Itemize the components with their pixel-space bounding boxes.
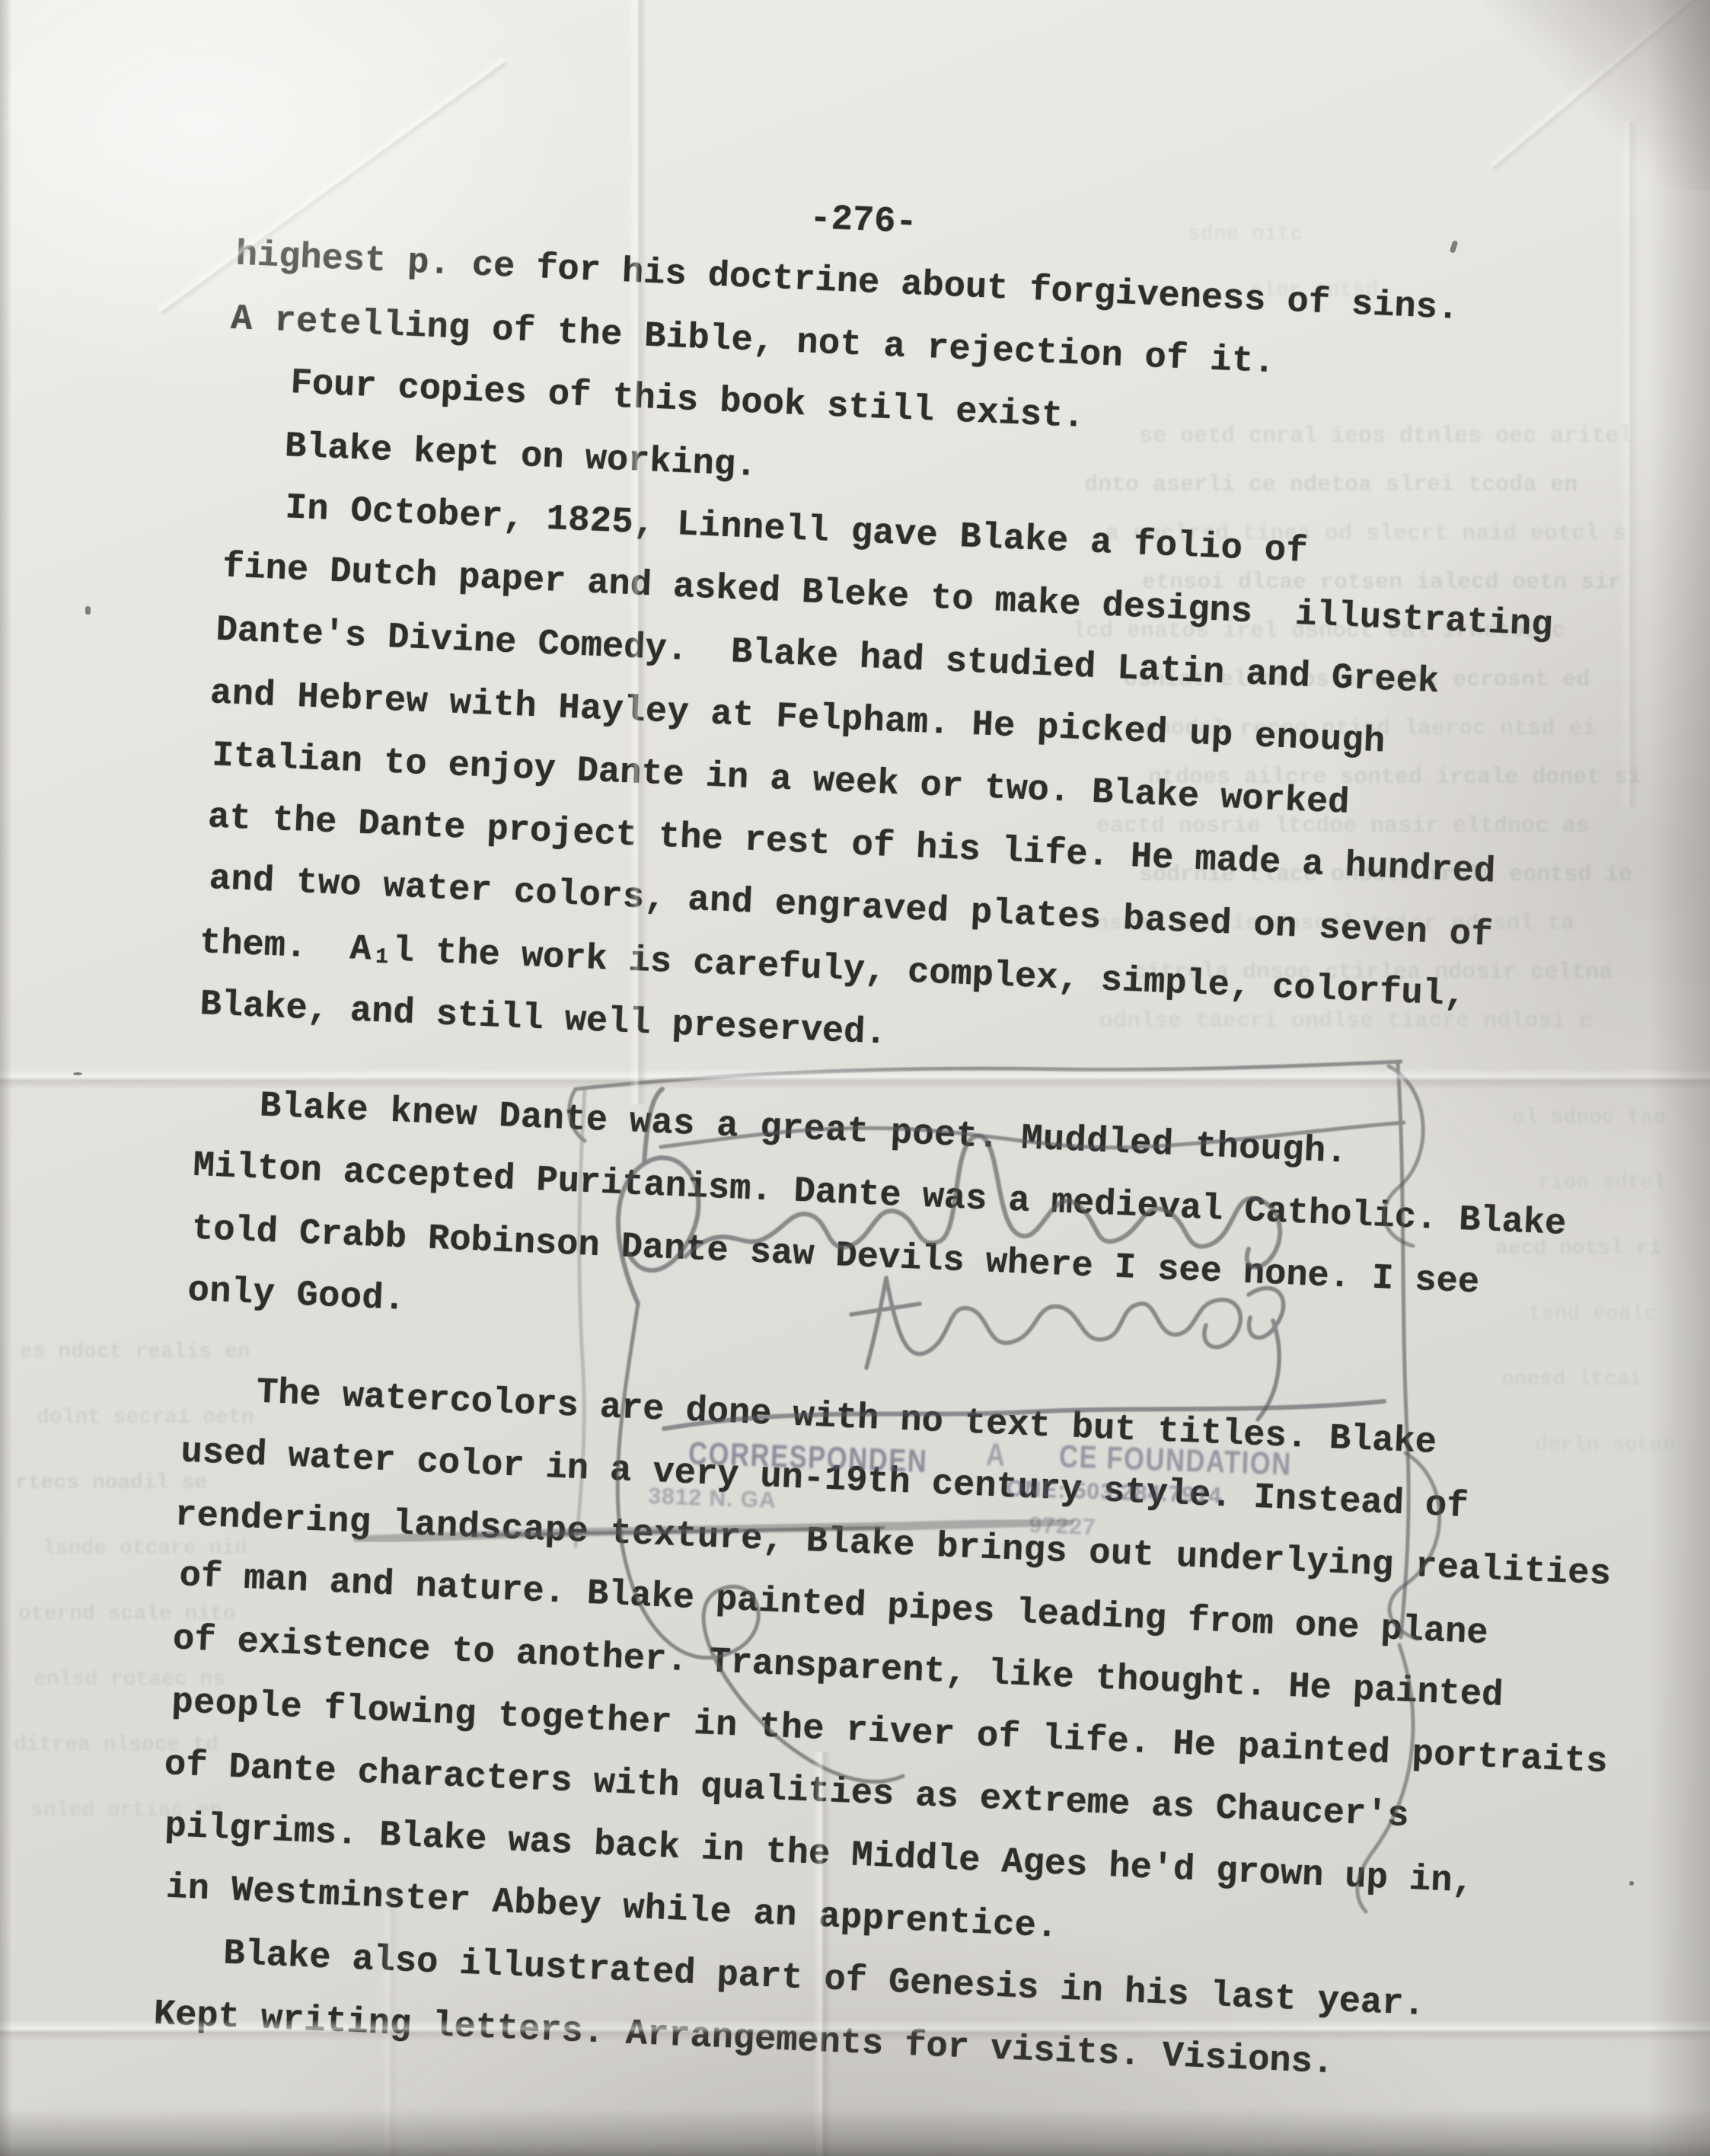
page-edge-shadow (0, 2107, 1710, 2156)
pencil-strike-line (664, 1401, 1384, 1429)
stray-ink-mark (73, 1072, 82, 1075)
pencil-right-curls (1357, 1066, 1440, 1912)
graphite-smudge-line (358, 1522, 1070, 1540)
stray-ink-mark (1629, 1881, 1634, 1886)
pencil-annotation-layer (0, 0, 1710, 2156)
handwritten-signature-scrawl (617, 1089, 1280, 1781)
handwritten-cursive-word (851, 1278, 1284, 1420)
stray-ink-mark (85, 606, 91, 615)
page-edge-shadow (1649, 0, 1710, 2156)
page-edge-shadow (0, 0, 12, 2156)
scanned-document-page: sdne oitcelor antsdse oetd cnral ieos dt… (0, 0, 1710, 2156)
